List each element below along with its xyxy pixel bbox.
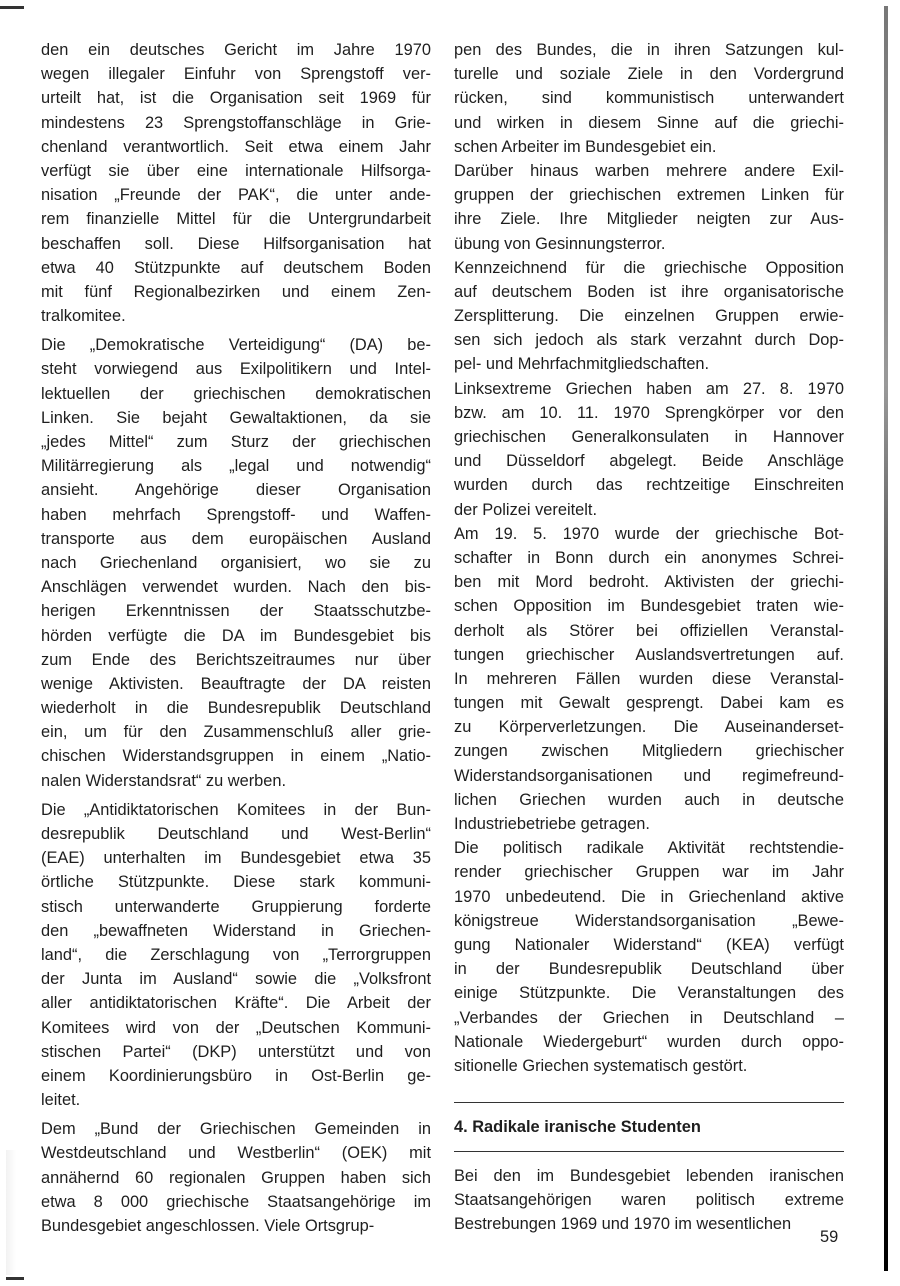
text-line: derholt als Störer bei offiziellen Veran… <box>454 619 844 643</box>
text-line: aller antidiktatorischen Kräfte“. Die Ar… <box>41 991 431 1015</box>
paragraph: pen des Bundes, die in ihren Satzungen k… <box>454 38 844 159</box>
text-line: schen Arbeiter im Bundesgebiet ein. <box>454 135 844 159</box>
scan-corner-mark-bottom-left <box>6 1277 24 1280</box>
text-line: Kennzeichnend für die griechische Opposi… <box>454 256 844 280</box>
text-line: urteilt hat, ist die Organisation seit 1… <box>41 86 431 110</box>
text-line: der Junta im Ausland“ sowie die „Volksfr… <box>41 967 431 991</box>
text-line: tralkomitee. <box>41 304 431 328</box>
text-line: tungen griechischer Auslandsvertretungen… <box>454 643 844 667</box>
text-line: tungen mit Gewalt gesprengt. Dabei kam e… <box>454 691 844 715</box>
text-line: mit fünf Regionalbezirken und einem Zen- <box>41 280 431 304</box>
text-line: 1970 unbedeutend. Die in Griechenland ak… <box>454 885 844 909</box>
text-line: desrepublik Deutschland und West-Berlin“ <box>41 822 431 846</box>
text-line: wenige Aktivisten. Beauftragte der DA re… <box>41 672 431 696</box>
text-line: Komitees wird von der „Deutschen Kommuni… <box>41 1016 431 1040</box>
text-line: Anschlägen verwendet wurden. Nach den bi… <box>41 575 431 599</box>
text-line: und Düsseldorf abgelegt. Beide Anschläge <box>454 449 844 473</box>
text-line: lichen Griechen wurden auch in deutsche <box>454 788 844 812</box>
text-line: Nationale Wiedergeburt“ wurden durch opp… <box>454 1030 844 1054</box>
scan-corner-mark-top-left <box>0 6 24 9</box>
text-line: zungen zwischen Mitgliedern griechischer <box>454 739 844 763</box>
text-line: turelle und soziale Ziele in den Vorderg… <box>454 62 844 86</box>
text-line: gruppen der griechischen extremen Linken… <box>454 183 844 207</box>
text-line: Am 19. 5. 1970 wurde der griechische Bot… <box>454 522 844 546</box>
text-line: annähernd 60 regionalen Gruppen haben si… <box>41 1166 431 1190</box>
text-line: den „bewaffneten Widerstand in Griechen- <box>41 919 431 943</box>
text-line: einige Stützpunkte. Die Veranstaltungen … <box>454 981 844 1005</box>
text-line: mindestens 23 Sprengstoffanschläge in Gr… <box>41 111 431 135</box>
scan-edge-shadow-left <box>6 1150 16 1275</box>
text-line: ein, um für den Zusammenschluß aller gri… <box>41 720 431 744</box>
text-line: schen Opposition im Bundesgebiet traten … <box>454 594 844 618</box>
text-line: ben mit Mord bedroht. Aktivisten der gri… <box>454 570 844 594</box>
text-line: einem Koordinierungsbüro in Ost-Berlin g… <box>41 1064 431 1088</box>
text-line: hörden verfügte die DA im Bundesgebiet b… <box>41 624 431 648</box>
text-line: wiederholt in die Bundesrepublik Deutsch… <box>41 696 431 720</box>
text-line: transporte aus dem europäischen Ausland <box>41 527 431 551</box>
text-line: Darüber hinaus warben mehrere andere Exi… <box>454 159 844 183</box>
text-line: pel- und Mehrfachmitgliedschaften. <box>454 352 844 376</box>
text-line: den ein deutsches Gericht im Jahre 1970 <box>41 38 431 62</box>
text-line: Die „Demokratische Verteidigung“ (DA) be… <box>41 333 431 357</box>
section-heading: 4. Radikale iranische Studenten <box>454 1103 844 1151</box>
text-line: wurden durch das rechtzeitige Einschreit… <box>454 473 844 497</box>
text-line: bzw. am 10. 11. 1970 Sprengkörper vor de… <box>454 401 844 425</box>
text-line: In mehreren Fällen wurden diese Veransta… <box>454 667 844 691</box>
text-line: der Polizei vereitelt. <box>454 498 844 522</box>
left-column: den ein deutsches Gericht im Jahre 1970w… <box>41 38 431 1238</box>
text-line: Militärregierung als „legal und notwendi… <box>41 454 431 478</box>
paragraph: Dem „Bund der Griechischen Gemeinden inW… <box>41 1117 431 1238</box>
paragraph: Darüber hinaus warben mehrere andere Exi… <box>454 159 844 256</box>
text-line: „Verbandes der Griechen in Deutschland – <box>454 1006 844 1030</box>
text-line: sitionelle Griechen systematisch gestört… <box>454 1054 844 1078</box>
text-line: rem finanzielle Mittel für die Untergrun… <box>41 207 431 231</box>
text-line: zum Ende des Berichtszeitraumes nur über <box>41 648 431 672</box>
right-column-paragraphs: pen des Bundes, die in ihren Satzungen k… <box>454 38 844 1078</box>
right-column: pen des Bundes, die in ihren Satzungen k… <box>454 38 844 1237</box>
text-line: und wirken in diesem Sinne auf die griec… <box>454 111 844 135</box>
text-line: schafter in Bonn durch ein anonymes Schr… <box>454 546 844 570</box>
text-line: nalen Widerstandsrat“ zu werben. <box>41 769 431 793</box>
paragraph: Die „Antidiktatorischen Komitees in der … <box>41 798 431 1112</box>
text-line: zu Körperverletzungen. Die Auseinanderse… <box>454 715 844 739</box>
text-line: Staatsangehörigen waren politisch extrem… <box>454 1188 844 1212</box>
section-paragraph: Bei den im Bundesgebiet lebenden iranisc… <box>454 1164 844 1237</box>
text-line: Widerstandsorganisationen und regimefreu… <box>454 764 844 788</box>
scan-page-edge-right <box>884 6 888 1271</box>
text-line: pen des Bundes, die in ihren Satzungen k… <box>454 38 844 62</box>
text-line: Linken. Sie bejaht Gewaltaktionen, da si… <box>41 406 431 430</box>
paragraph: Am 19. 5. 1970 wurde der griechische Bot… <box>454 522 844 836</box>
text-line: auf deutschem Boden ist ihre organisator… <box>454 280 844 304</box>
text-line: griechischen Generalkonsulaten in Hannov… <box>454 425 844 449</box>
text-line: rücken, sind kommunistisch unterwandert <box>454 86 844 110</box>
text-line: Linksextreme Griechen haben am 27. 8. 19… <box>454 377 844 401</box>
paragraph: Die „Demokratische Verteidigung“ (DA) be… <box>41 333 431 793</box>
text-line: Bestrebungen 1969 und 1970 im wesentlich… <box>454 1212 844 1236</box>
text-line: render griechischer Gruppen war im Jahr <box>454 860 844 884</box>
text-line: sen sich jedoch als stark verzahnt durch… <box>454 328 844 352</box>
text-line: „jedes Mittel“ zum Sturz der griechische… <box>41 430 431 454</box>
text-line: stischen Partei“ (DKP) unterstützt und v… <box>41 1040 431 1064</box>
text-line: örtliche Stützpunkte. Diese stark kommun… <box>41 870 431 894</box>
text-line: königstreue Widerstandsorganisation „Bew… <box>454 909 844 933</box>
text-line: chenland verantwortlich. Seit etwa einem… <box>41 135 431 159</box>
text-line: verfügt sie über eine internationale Hil… <box>41 159 431 183</box>
text-line: etwa 40 Stützpunkte auf deutschem Boden <box>41 256 431 280</box>
text-line: Die „Antidiktatorischen Komitees in der … <box>41 798 431 822</box>
text-line: gung Nationaler Widerstand“ (KEA) verfüg… <box>454 933 844 957</box>
text-line: Zersplitterung. Die einzelnen Gruppen er… <box>454 304 844 328</box>
text-line: in der Bundesrepublik Deutschland über <box>454 957 844 981</box>
page-number: 59 <box>820 1228 838 1247</box>
text-line: leitet. <box>41 1088 431 1112</box>
text-line: haben mehrfach Sprengstoff- und Waffen- <box>41 503 431 527</box>
text-line: wegen illegaler Einfuhr von Sprengstoff … <box>41 62 431 86</box>
text-line: (EAE) unterhalten im Bundesgebiet etwa 3… <box>41 846 431 870</box>
text-line: beschaffen soll. Diese Hilfsorganisation… <box>41 232 431 256</box>
paragraph: Die politisch radikale Aktivität rechtst… <box>454 836 844 1078</box>
text-line: stisch unterwanderte Gruppierung fordert… <box>41 895 431 919</box>
spacer <box>454 1078 844 1102</box>
text-line: etwa 8 000 griechische Staatsangehörige … <box>41 1190 431 1214</box>
paragraph: Linksextreme Griechen haben am 27. 8. 19… <box>454 377 844 522</box>
text-line: Bundesgebiet angeschlossen. Viele Ortsgr… <box>41 1214 431 1238</box>
text-line: nach Griechenland organisiert, wo sie zu <box>41 551 431 575</box>
text-line: Die politisch radikale Aktivität rechtst… <box>454 836 844 860</box>
paragraph: den ein deutsches Gericht im Jahre 1970w… <box>41 38 431 328</box>
paragraph: Kennzeichnend für die griechische Opposi… <box>454 256 844 377</box>
text-line: nisation „Freunde der PAK“, die unter an… <box>41 183 431 207</box>
text-line: land“, die Zerschlagung von „Terrorgrupp… <box>41 943 431 967</box>
text-line: lektuellen der griechischen demokratisch… <box>41 382 431 406</box>
text-line: steht vorwiegend aus Exilpolitikern und … <box>41 357 431 381</box>
text-line: übung von Gesinnungsterror. <box>454 232 844 256</box>
text-line: Westdeutschland und Westberlin“ (OEK) mi… <box>41 1141 431 1165</box>
text-line: Bei den im Bundesgebiet lebenden iranisc… <box>454 1164 844 1188</box>
text-line: Industriebetriebe getragen. <box>454 812 844 836</box>
text-line: chischen Widerstandsgruppen in einem „Na… <box>41 744 431 768</box>
text-line: herigen Erkenntnissen der Staatsschutzbe… <box>41 599 431 623</box>
text-line: ihre Ziele. Ihre Mitglieder neigten zur … <box>454 207 844 231</box>
text-line: ansieht. Angehörige dieser Organisation <box>41 478 431 502</box>
spacer <box>454 1152 844 1164</box>
text-line: Dem „Bund der Griechischen Gemeinden in <box>41 1117 431 1141</box>
